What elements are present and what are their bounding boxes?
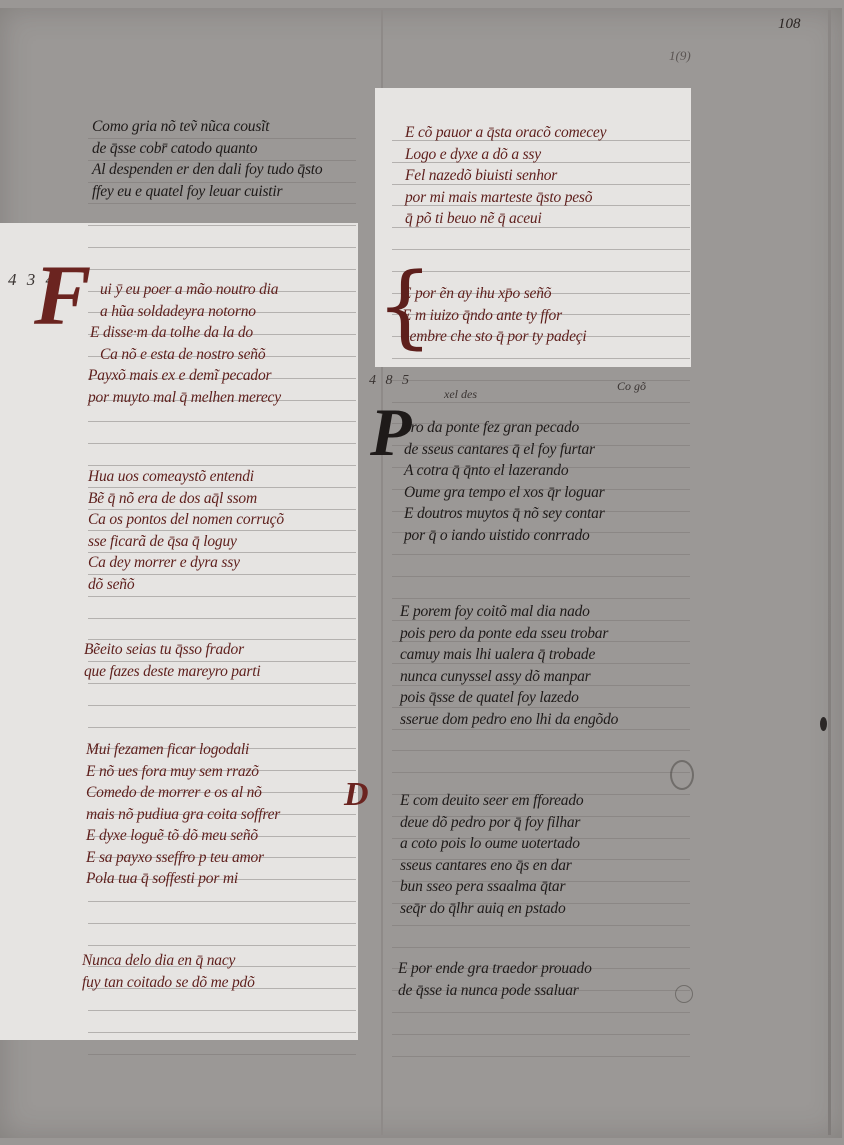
margin-initial-d: D	[344, 778, 369, 812]
verse-line: a hũa soldadeyra notorno	[100, 301, 281, 323]
page-edge	[828, 10, 831, 1135]
verse-line: Fel nazedõ biuisti senhor	[405, 165, 606, 187]
old-folio-number: 1(9)	[669, 48, 691, 64]
poem-485-stanza-1: ero da ponte fez gran pecado de sseus ca…	[404, 417, 605, 546]
verse-line: por q̄ o iando uistido conrrado	[404, 525, 605, 547]
verse-line: sse ficarã de q̄sa q̄ loguy	[88, 531, 284, 553]
verse-line: Pola tua q̄ soffesti por mi	[86, 868, 280, 890]
verse-line: Al despenden er den dali foy tudo q̄sto	[92, 159, 322, 181]
ruled-line	[88, 225, 356, 226]
ruled-line	[392, 925, 690, 926]
ruled-line	[88, 705, 356, 706]
verse-line: camuy mais lhi ualera q̄ trobade	[400, 644, 618, 666]
verse-line: E doutros muytos q̄ nõ sey contar	[404, 503, 605, 525]
ruled-line	[88, 1054, 356, 1055]
verse-line: pois q̄sse de quatel foy lazedo	[400, 687, 618, 709]
verse-line: Ca nõ e esta de nostro señõ	[100, 344, 281, 366]
ruled-line	[392, 554, 690, 555]
ruled-line	[392, 402, 690, 403]
decorated-initial-f: F	[34, 252, 91, 338]
left-top-stanza: Como gria nõ teṽ nũca cousĩt de q̄sse co…	[92, 116, 322, 202]
verse-line: A cotra q̄ q̄nto el lazerando	[404, 460, 605, 482]
verse-line: Payxõ mais ex e demĩ pecador	[88, 365, 281, 387]
poem-number-485: 4 8 5	[369, 373, 412, 389]
poem-434-stanza-1: ui ȳ eu poer a mão noutro dia a hũa sold…	[100, 279, 281, 408]
ruled-line	[392, 1056, 690, 1057]
verse-line: Ca dey morrer e dyra ssy	[88, 552, 284, 574]
stain-mark	[670, 760, 694, 790]
verse-line: Bẽeito seias tu q̄sso frador	[84, 639, 260, 661]
ruled-line	[88, 945, 356, 946]
verse-line: ui ȳ eu poer a mão noutro dia	[100, 279, 281, 301]
verse-line: de q̄sse ia nunca pode ssaluar	[398, 980, 592, 1002]
verse-line: que fazes deste mareyro parti	[84, 661, 260, 683]
margin-note-right: Co gõ	[617, 379, 646, 394]
verse-line: Ca os pontos del nomen corruçõ	[88, 509, 284, 531]
verse-line: ero da ponte fez gran pecado	[404, 417, 605, 439]
right-top-stanza-1: E cõ pauor a q̄sta oracõ comecey Logo e …	[405, 122, 606, 230]
ruled-line	[392, 598, 690, 599]
ruled-line	[392, 947, 690, 948]
poem-434-stanza-2: Hua uos comeaystõ entendi Bẽ q̄ nõ era d…	[88, 466, 284, 595]
poem-485-stanza-3: E com deuito seer em fforeado deue dõ pe…	[400, 790, 583, 919]
ruled-line	[88, 203, 356, 204]
verse-line: Hua uos comeaystõ entendi	[88, 466, 284, 488]
verse-line: E m iuizo q̄ndo ante ty ffor	[402, 305, 587, 327]
verse-line: E por ende gra traedor prouado	[398, 958, 592, 980]
verse-line: a coto pois lo oume uotertado	[400, 833, 583, 855]
verse-line: E cõ pauor a q̄sta oracõ comecey	[405, 122, 606, 144]
ruled-line	[88, 923, 356, 924]
verse-line: E por ẽn ay ihu xp̄o señõ	[402, 283, 587, 305]
poem-434-stanza-3: Bẽeito seias tu q̄sso frador que fazes d…	[84, 639, 260, 682]
verse-line: Bẽ q̄ nõ era de dos aq̄l ssom	[88, 488, 284, 510]
verse-line: nunca cunyssel assy dõ manpar	[400, 666, 618, 688]
ruled-line	[392, 1034, 690, 1035]
poem-434-stanza-5: Nunca delo dia en q̄ nacy fuy tan coitad…	[82, 950, 255, 993]
ruled-line	[88, 247, 356, 248]
folio-number: 108	[778, 16, 801, 33]
verse-line: fuy tan coitado se dõ me pdõ	[82, 972, 255, 994]
ruled-line	[392, 750, 690, 751]
verse-line: Logo e dyxe a dõ a ssy	[405, 144, 606, 166]
stain-mark	[675, 985, 693, 1003]
verse-line: Oume gra tempo el xos q̄r loguar	[404, 482, 605, 504]
poem-485-stanza-4: E por ende gra traedor prouado de q̄sse …	[398, 958, 592, 1001]
ruled-line	[88, 1010, 356, 1011]
verse-line: q̄ põ ti beuo nẽ q̄ aceui	[405, 208, 606, 230]
right-top-stanza-2: E por ẽn ay ihu xp̄o señõ E m iuizo q̄nd…	[402, 283, 587, 348]
verse-line: por mi mais marteste q̄sto pesõ	[405, 187, 606, 209]
verse-line: ffey eu e quatel foy leuar cuistir	[92, 181, 322, 203]
ink-blot	[820, 717, 827, 731]
verse-line: dõ señõ	[88, 574, 284, 596]
verse-line: deue dõ pedro por q̄ foy filhar	[400, 812, 583, 834]
verse-line: mais nõ pudiua gra coita soffrer	[86, 804, 280, 826]
ruled-line	[88, 727, 356, 728]
verse-line: Nunca delo dia en q̄ nacy	[82, 950, 255, 972]
ruled-line	[392, 358, 690, 359]
verse-line: Como gria nõ teṽ nũca cousĩt	[92, 116, 322, 138]
verse-line: de sseus cantares q̄ el foy furtar	[404, 439, 605, 461]
ruled-line	[88, 901, 356, 902]
ruled-line	[88, 596, 356, 597]
verse-line: E sa payxo sseffro p teu amor	[86, 847, 280, 869]
verse-line: E disse·m da tolhe da la do	[90, 322, 281, 344]
margin-note-left: xel des	[444, 387, 477, 402]
ruled-line	[88, 1032, 356, 1033]
ruled-line	[392, 576, 690, 577]
verse-line: seq̄r do q̄lhr auiq en pstado	[400, 898, 583, 920]
ruled-line	[88, 618, 356, 619]
ruled-line	[88, 443, 356, 444]
ruled-line	[392, 249, 690, 250]
ruled-line	[392, 271, 690, 272]
verse-line: E porem foy coitõ mal dia nado	[400, 601, 618, 623]
ruled-line	[88, 269, 356, 270]
verse-line: pois pero da ponte eda sseu trobar	[400, 623, 618, 645]
verse-line: bun sseo pera ssaalma q̄tar	[400, 876, 583, 898]
ruled-line	[392, 772, 690, 773]
verse-line: sserue dom pedro eno lhi da engõdo	[400, 709, 618, 731]
verse-line: por muyto mal q̄ melhen merecy	[88, 387, 281, 409]
verse-line: Comedo de morrer e os al nõ	[86, 782, 280, 804]
ruled-line	[88, 421, 356, 422]
verse-line: E nõ ues fora muy sem rrazõ	[86, 761, 280, 783]
verse-line: E dyxe loguẽ tõ dõ meu señõ	[86, 825, 280, 847]
verse-line: sseus cantares eno q̄s en dar	[400, 855, 583, 877]
verse-line: Mui fezamen ficar logodali	[86, 739, 280, 761]
poem-485-stanza-2: E porem foy coitõ mal dia nado pois pero…	[400, 601, 618, 730]
verse-line: nembre che sto q̄ por ty padeçi	[402, 326, 587, 348]
poem-434-stanza-4: Mui fezamen ficar logodali E nõ ues fora…	[86, 739, 280, 890]
ruled-line	[88, 683, 356, 684]
verse-line: E com deuito seer em fforeado	[400, 790, 583, 812]
verse-line: de q̄sse cobr̄ catodo quanto	[92, 138, 322, 160]
ruled-line	[392, 1012, 690, 1013]
